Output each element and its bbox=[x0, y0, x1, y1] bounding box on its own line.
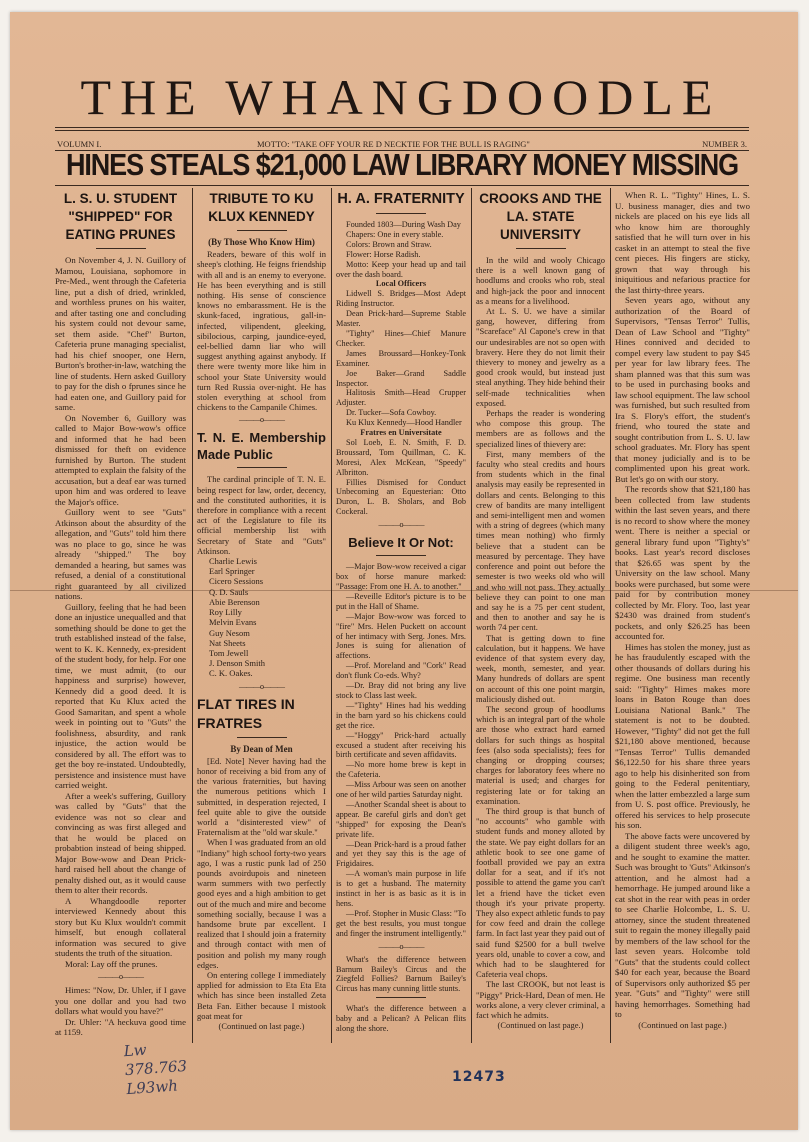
paragraph: The third group is that bunch of "no acc… bbox=[476, 806, 605, 979]
paragraph: Dean Prick-hard—Supreme Stable Master. bbox=[336, 309, 466, 329]
paragraph: At L. S. U. we have a similar gang, howe… bbox=[476, 306, 605, 408]
divider: ———o——— bbox=[336, 520, 466, 530]
paragraph: On November 4, J. N. Guillory of Mamou, … bbox=[55, 255, 186, 413]
divider bbox=[237, 230, 287, 231]
paragraph: Melvin Evans bbox=[197, 617, 326, 627]
article-body: When R. L. "Tighty" Hines, L. S. U. busi… bbox=[615, 190, 750, 1020]
divider: ———o——— bbox=[197, 415, 326, 425]
joke: Himes: "Now, Dr. Uhler, if I gave you on… bbox=[55, 985, 186, 1038]
paragraph: —A woman's main purpose in life is to ge… bbox=[336, 869, 466, 909]
continued-note: (Continued on last page.) bbox=[615, 1020, 750, 1031]
member-list: Charlie LewisEarl SpringerCicero Session… bbox=[197, 556, 326, 678]
article-title: Believe It Or Not: bbox=[336, 534, 466, 551]
paragraph: Dr. Tucker—Sofa Cowboy. bbox=[336, 408, 466, 418]
byline: By Dean of Men bbox=[197, 744, 326, 754]
paragraph: Founded 1803—During Wash Day bbox=[336, 220, 466, 230]
divider: ———o——— bbox=[197, 682, 326, 692]
paragraph: —Reveille Editor's picture is to be put … bbox=[336, 592, 466, 612]
paragraph: The last CROOK, but not least is "Piggy"… bbox=[476, 979, 605, 1020]
paragraph: Guillory went to see "Guts" Atkinson abo… bbox=[55, 507, 186, 602]
paragraph: C. K. Oakes. bbox=[197, 668, 326, 678]
paragraph: —No more home brew is kept in the Cafete… bbox=[336, 760, 466, 780]
paragraph: —Miss Arbour was seen on another one of … bbox=[336, 780, 466, 800]
paragraph: Ku Klux Kennedy—Hood Handler bbox=[336, 418, 466, 428]
paragraph: The above facts were uncovered by a dili… bbox=[615, 831, 750, 1020]
paragraph: Chapers: One in every stable. bbox=[336, 230, 466, 240]
paragraph: In the wild and wooly Chicago there is a… bbox=[476, 255, 605, 306]
paragraph: —Prof. Stopher in Music Class: "To get t… bbox=[336, 909, 466, 939]
article-body: The cardinal principle of T. N. E. being… bbox=[197, 474, 326, 556]
article-title: TRIBUTE TO KU KLUX KENNEDY bbox=[197, 190, 326, 226]
divider bbox=[516, 248, 566, 249]
column-divider bbox=[192, 188, 193, 1043]
masthead-rule-2 bbox=[55, 130, 749, 131]
paragraph: —Major Bow-wow was forced to "fire" Mrs.… bbox=[336, 612, 466, 662]
column-prunes-story: L. S. U. STUDENT "SHIPPED" FOR EATING PR… bbox=[55, 190, 186, 1038]
byline: (By Those Who Know Him) bbox=[197, 237, 326, 247]
paragraph: Joe Baker—Grand Saddle Inspector. bbox=[336, 369, 466, 389]
divider bbox=[376, 555, 426, 556]
paragraph: First, many members of the faculty who s… bbox=[476, 449, 605, 633]
paragraph: James Broussard—Honkey-Tonk Examiner. bbox=[336, 349, 466, 369]
paragraph: Halitosis Smith—Head Crupper Adjuster. bbox=[336, 388, 466, 408]
paragraph: On entering college I immediately applie… bbox=[197, 970, 326, 1021]
column-kennedy-tne-fratres: TRIBUTE TO KU KLUX KENNEDY (By Those Who… bbox=[197, 190, 326, 1031]
divider bbox=[96, 248, 146, 249]
headline-rule bbox=[55, 185, 749, 186]
paragraph: Earl Springer bbox=[197, 566, 326, 576]
article-body: Readers, beware of this wolf in sheep's … bbox=[197, 249, 326, 412]
paragraph: Abie Berenson bbox=[197, 597, 326, 607]
paragraph: [Ed. Note] Never having had the honor of… bbox=[197, 756, 326, 838]
article-title: L. S. U. STUDENT "SHIPPED" FOR EATING PR… bbox=[55, 190, 186, 244]
officer-list: Lidwell S. Bridges—Most Adept Riding Ins… bbox=[336, 289, 466, 428]
paragraph: —Dean Prick-hard is a proud father and y… bbox=[336, 840, 466, 870]
continued-note: (Continued on last page.) bbox=[197, 1021, 326, 1031]
handwritten-call-number: Lw 378.763 L93wh bbox=[123, 1038, 189, 1099]
paragraph: —Prof. Moreland and "Cork" Read don't fl… bbox=[336, 661, 466, 681]
column-divider bbox=[471, 188, 472, 1043]
paragraph: Colors: Brown and Straw. bbox=[336, 240, 466, 250]
divider bbox=[237, 467, 287, 468]
paragraph: Nat Sheets bbox=[197, 638, 326, 648]
divider bbox=[376, 997, 426, 998]
section-subhead: Local Officers bbox=[336, 279, 466, 289]
article-title: FLAT TIRES IN FRATRES bbox=[197, 695, 326, 733]
paragraph: Dr. Uhler: "A heckuva good time at 1159. bbox=[55, 1017, 186, 1038]
member-list: Sol Loeb, E. N. Smith, F. D. Broussard, … bbox=[336, 438, 466, 478]
paragraph: Motto: Keep your head up and tail over t… bbox=[336, 260, 466, 280]
column-hines-story: When R. L. "Tighty" Hines, L. S. U. busi… bbox=[615, 190, 750, 1030]
divider: ———o——— bbox=[55, 972, 186, 982]
paragraph: Q. D. Sauls bbox=[197, 587, 326, 597]
article-body: On November 4, J. N. Guillory of Mamou, … bbox=[55, 255, 186, 969]
paragraph: Charlie Lewis bbox=[197, 556, 326, 566]
paragraph: A Whangdoodle reporter interviewed Kenne… bbox=[55, 896, 186, 959]
paragraph: Roy Lilly bbox=[197, 607, 326, 617]
paragraph: Seven years ago, without any authorizati… bbox=[615, 295, 750, 484]
paragraph: —Dr. Bray did not bring any live stock t… bbox=[336, 681, 466, 701]
main-headline: HINES STEALS $21,000 LAW LIBRARY MONEY M… bbox=[55, 146, 749, 184]
article-title: H. A. FRATERNITY bbox=[336, 190, 466, 209]
article-body: [Ed. Note] Never having had the honor of… bbox=[197, 756, 326, 1021]
fraternity-facts: Founded 1803—During Wash DayChapers: One… bbox=[336, 220, 466, 279]
paragraph: That is getting down to fine calculation… bbox=[476, 633, 605, 704]
paragraph: Tom Jewell bbox=[197, 648, 326, 658]
paragraph: Perhaps the reader is wondering who comp… bbox=[476, 408, 605, 449]
paragraph: Himes has stolen the money, just as he h… bbox=[615, 642, 750, 831]
paragraph: Flower: Horse Radish. bbox=[336, 250, 466, 260]
paragraph: When I was graduated from an old "Indian… bbox=[197, 837, 326, 970]
column-crooks: CROOKS AND THE LA. STATE UNIVERSITY In t… bbox=[476, 190, 605, 1030]
paragraph: "Tighty" Hines—Chief Manure Checker. bbox=[336, 329, 466, 349]
paragraph: —Another Scandal sheet is about to appea… bbox=[336, 800, 466, 840]
column-ha-fraternity: H. A. FRATERNITY Founded 1803—During Was… bbox=[336, 190, 466, 1034]
paragraph: Guillory, feeling that he had been done … bbox=[55, 602, 186, 791]
accession-stamp: 12473 bbox=[452, 1069, 506, 1085]
paragraph: Lidwell S. Bridges—Most Adept Riding Ins… bbox=[336, 289, 466, 309]
riddle: What's the difference between Barnum Bai… bbox=[336, 955, 466, 995]
paragraph: Cicero Sessions bbox=[197, 576, 326, 586]
paragraph: —"Hoggy" Prick-hard actually excused a s… bbox=[336, 731, 466, 761]
divider bbox=[376, 213, 426, 214]
article-title: CROOKS AND THE LA. STATE UNIVERSITY bbox=[476, 190, 605, 244]
paragraph: —"Tighty" Hines had his wedding in the b… bbox=[336, 701, 466, 731]
masthead-rule bbox=[55, 127, 749, 128]
article-body: In the wild and wooly Chicago there is a… bbox=[476, 255, 605, 1020]
paragraph: After a week's suffering, Guillory was c… bbox=[55, 791, 186, 896]
paragraph: —Major Bow-wow received a cigar box of h… bbox=[336, 562, 466, 592]
masthead-title: THE WHANGDOODLE bbox=[48, 70, 754, 124]
article-title: T. N. E. Membership Made Public bbox=[197, 429, 326, 463]
paragraph: When R. L. "Tighty" Hines, L. S. U. busi… bbox=[615, 190, 750, 295]
riddle: What's the difference between a baby and… bbox=[336, 1004, 466, 1034]
dismissed-list: Fillies Dismised for Conduct Unbecoming … bbox=[336, 478, 466, 518]
paragraph: Guy Nesom bbox=[197, 628, 326, 638]
believe-it-items: —Major Bow-wow received a cigar box of h… bbox=[336, 562, 466, 938]
divider bbox=[237, 737, 287, 738]
column-divider bbox=[331, 188, 332, 1043]
paragraph: J. Denson Smith bbox=[197, 658, 326, 668]
divider: ———o——— bbox=[336, 942, 466, 952]
section-subhead: Fratres en Universitate bbox=[336, 428, 466, 438]
continued-note: (Continued on last page.) bbox=[476, 1020, 605, 1030]
column-divider bbox=[610, 188, 611, 1043]
paragraph: On November 6, Guillory was called to Ma… bbox=[55, 413, 186, 508]
paragraph: The records show that $21,180 has been c… bbox=[615, 484, 750, 642]
paragraph: Himes: "Now, Dr. Uhler, if I gave you on… bbox=[55, 985, 186, 1017]
paragraph: Moral: Lay off the prunes. bbox=[55, 959, 186, 970]
paragraph: The second group of hoodlums which is an… bbox=[476, 704, 605, 806]
